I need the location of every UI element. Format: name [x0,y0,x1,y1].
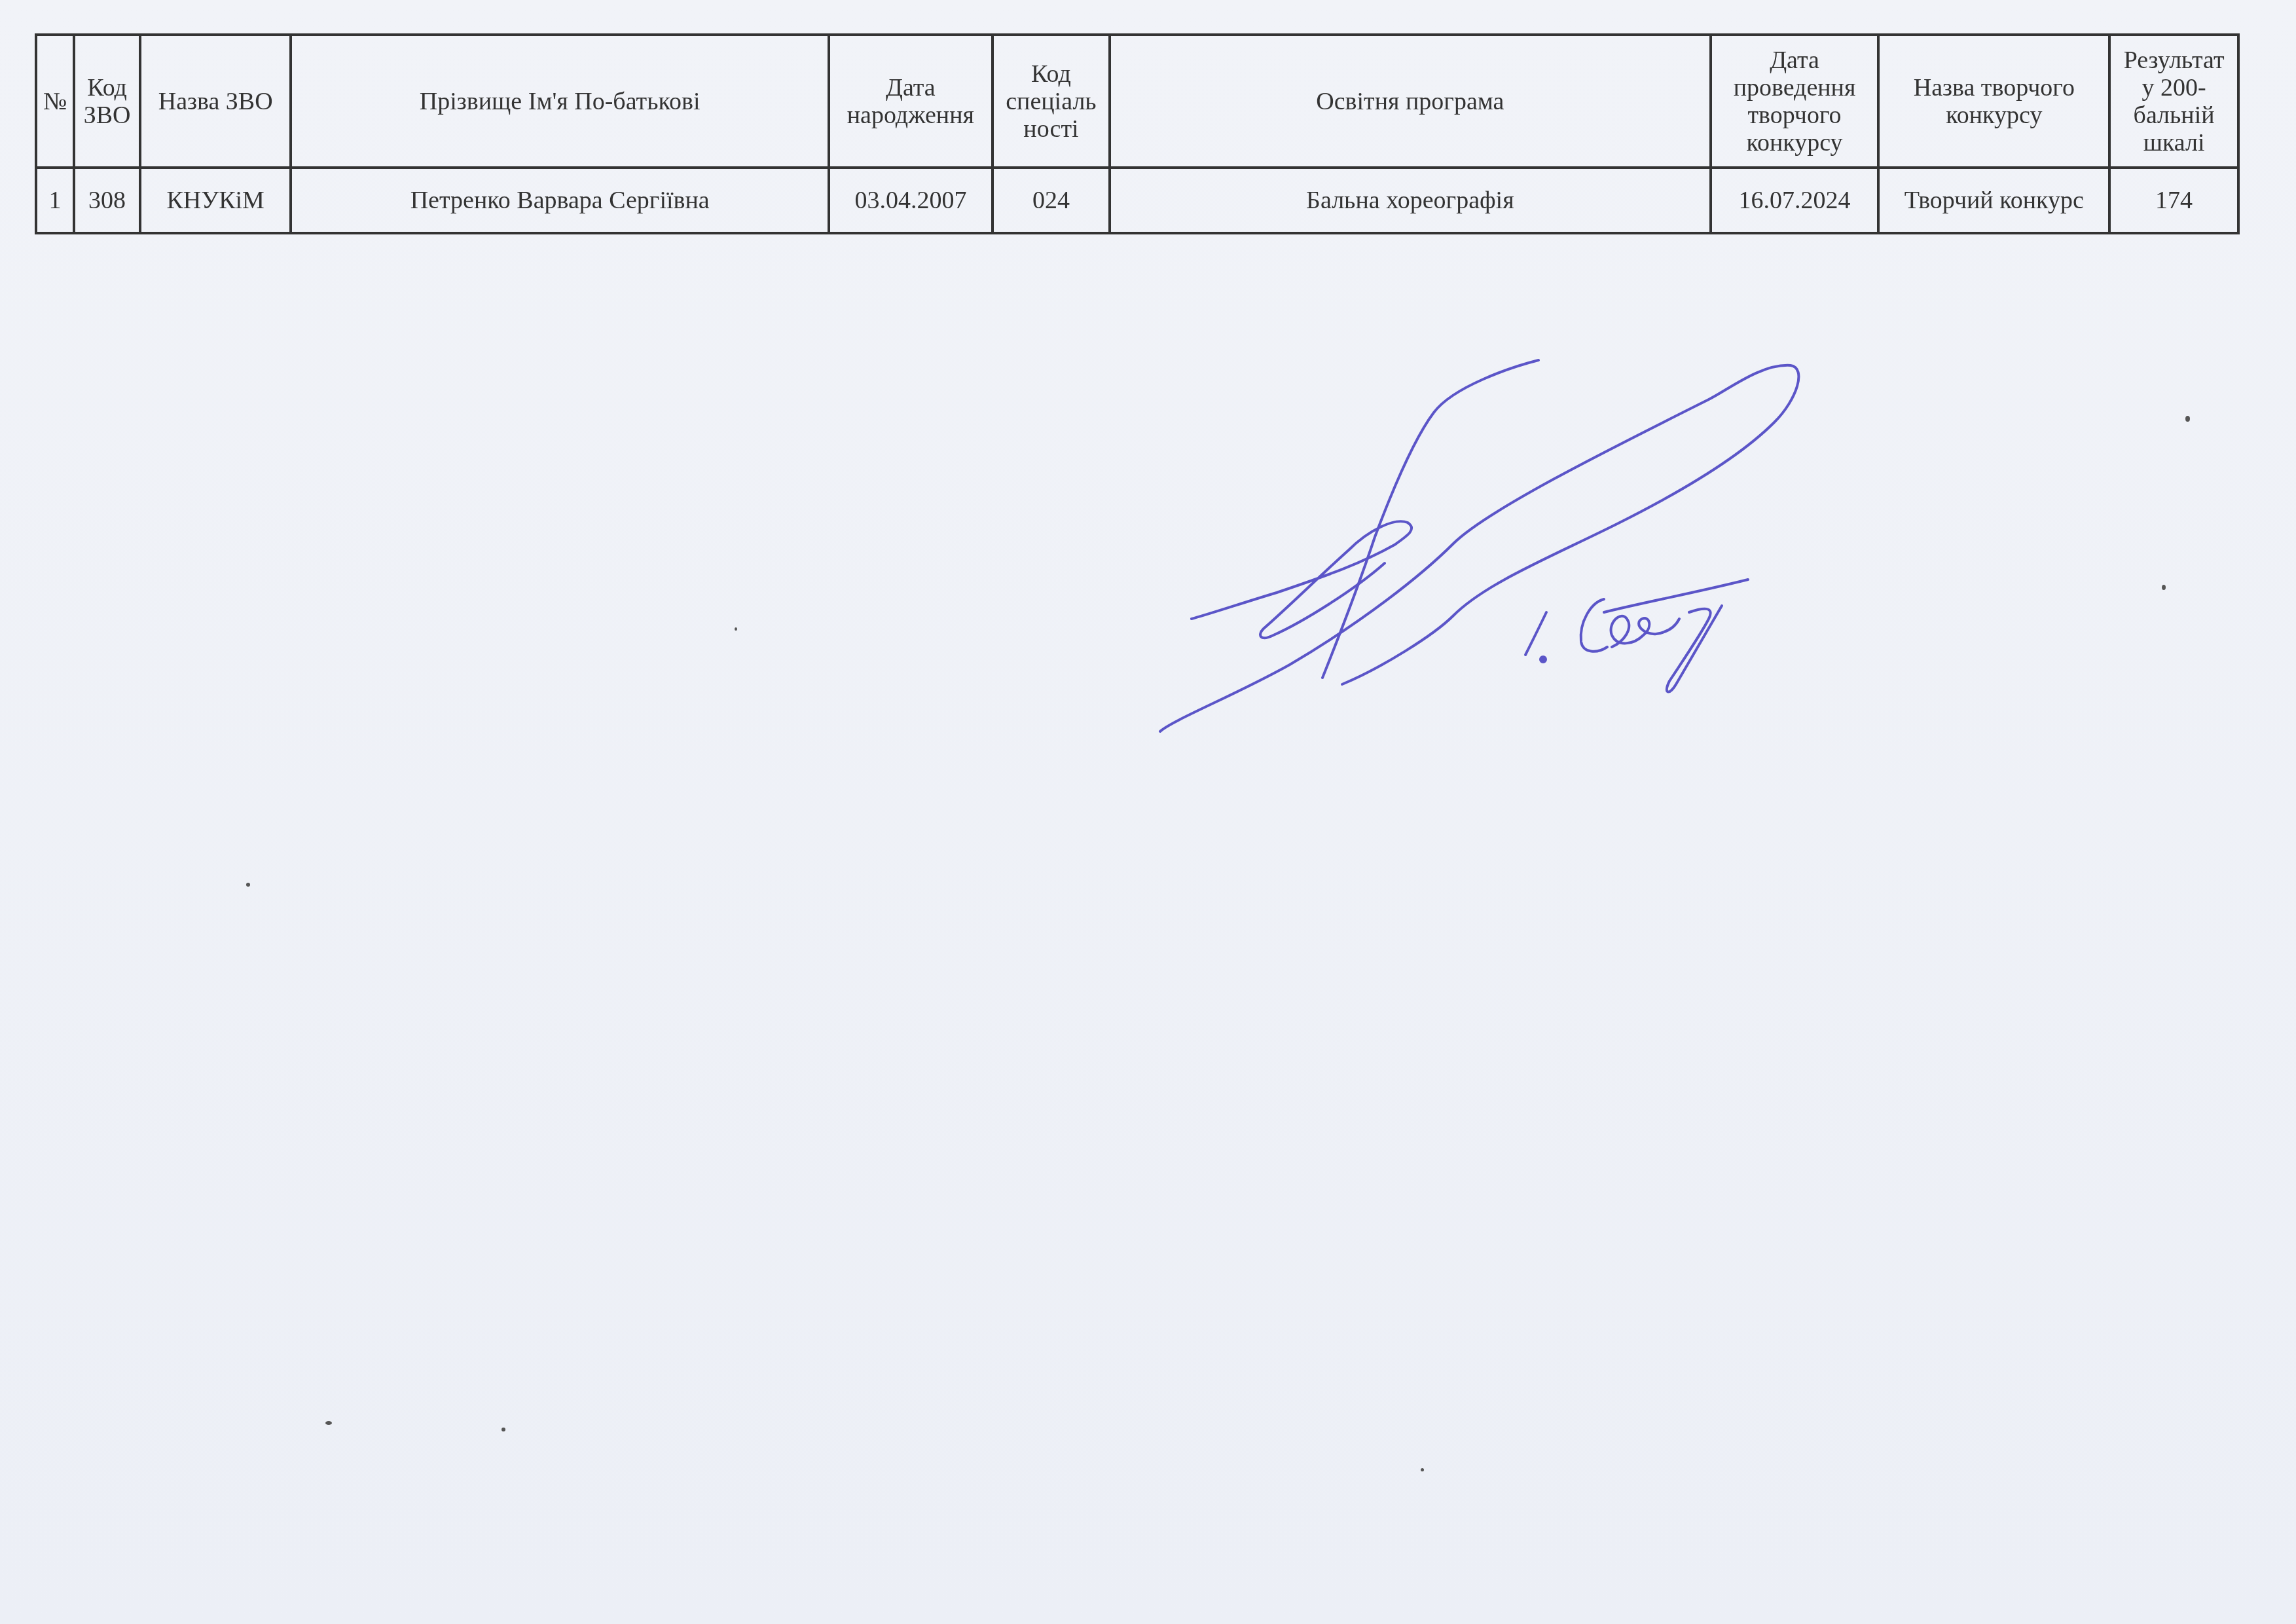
paper-speck [2162,585,2166,590]
header-full-name: Прізвище Ім'я По-батькові [291,35,829,168]
header-contest-name-text: Назва творчого конкурсу [1914,74,2075,129]
header-number-text: № [43,88,67,115]
table-row: 1 308 КНУКіМ Петренко Варвара Сергіївна … [36,168,2238,233]
paper-speck [501,1428,505,1431]
header-contest-name: Назва творчого конкурсу [1878,35,2109,168]
header-score: Результат у 200- бальній шкалі [2109,35,2238,168]
header-program-text: Освітня програма [1316,88,1504,115]
table-header-row: № Код ЗВО Назва ЗВО Прізвище Ім'я По-бат… [36,35,2238,168]
cell-contest-name: Творчий конкурс [1878,168,2109,233]
cell-birth-date: 03.04.2007 [829,168,993,233]
header-full-name-text: Прізвище Ім'я По-батькові [420,88,701,115]
cell-program: Бальна хореографія [1110,168,1710,233]
paper-speck [246,883,250,887]
cell-institution-code: 308 [74,168,140,233]
paper-speck [325,1421,332,1425]
header-institution-code-text: Код ЗВО [84,74,131,129]
cell-number: 1 [36,168,74,233]
header-institution-name-text: Назва ЗВО [158,88,273,115]
header-specialty-code: Код спеціаль ності [993,35,1110,168]
signature-icon [1146,354,1997,760]
cell-full-name: Петренко Варвара Сергіївна [291,168,829,233]
paper-speck [2185,416,2190,422]
header-birth-date-text: Дата народження [847,74,974,129]
paper-background [0,0,2296,1624]
header-contest-date: Дата проведення творчого конкурсу [1711,35,1879,168]
header-institution-code: Код ЗВО [74,35,140,168]
header-contest-date-text: Дата проведення творчого конкурсу [1734,46,1856,157]
header-program: Освітня програма [1110,35,1710,168]
cell-institution-name: КНУКіМ [140,168,291,233]
cell-specialty-code: 024 [993,168,1110,233]
cell-score: 174 [2109,168,2238,233]
cell-contest-date: 16.07.2024 [1711,168,1879,233]
header-score-text: Результат у 200- бальній шкалі [2124,46,2225,157]
header-institution-name: Назва ЗВО [140,35,291,168]
header-birth-date: Дата народження [829,35,993,168]
results-table: № Код ЗВО Назва ЗВО Прізвище Ім'я По-бат… [35,33,2240,234]
header-number: № [36,35,74,168]
header-specialty-code-text: Код спеціаль ності [1006,60,1096,143]
paper-speck [735,627,737,631]
paper-speck [1421,1468,1424,1471]
